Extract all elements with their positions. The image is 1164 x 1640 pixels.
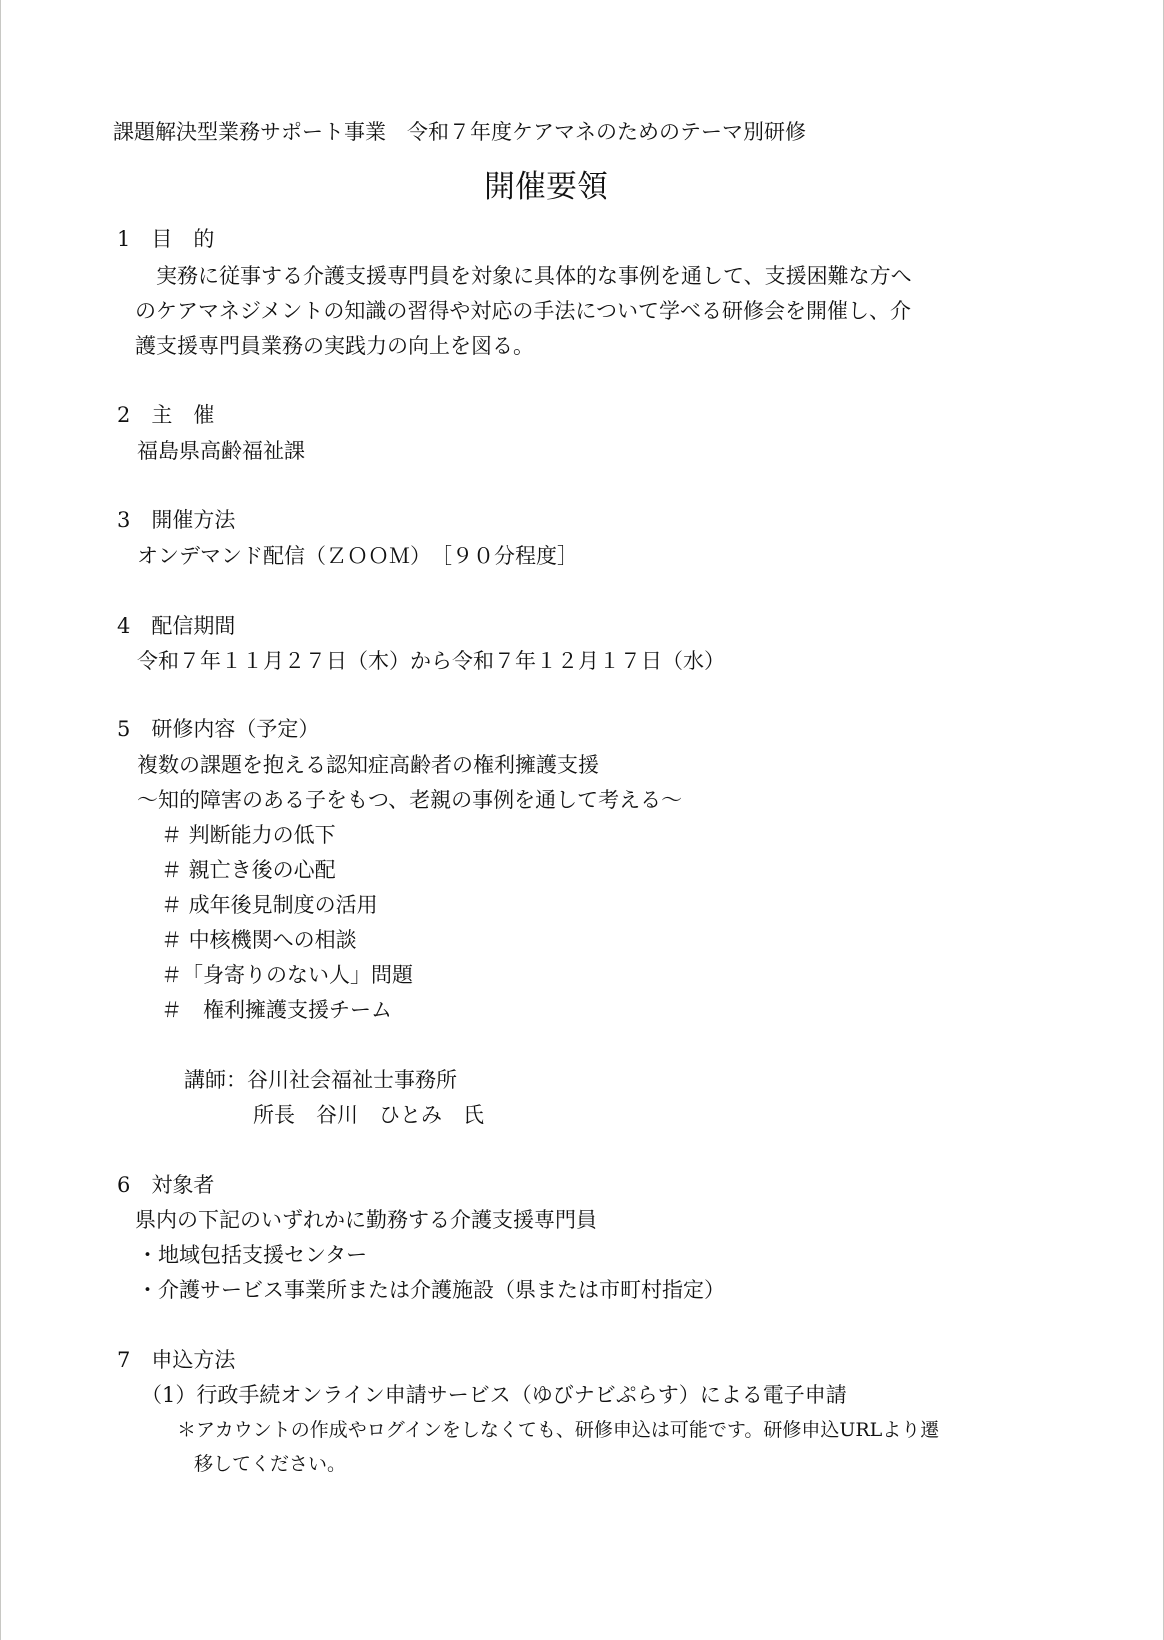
- document-page: 課題解決型業務サポート事業 令和７年度ケアマネのためのテーマ別研修 開催要領 1…: [0, 0, 1164, 1640]
- section-heading-application: 7 申込方法: [117, 1350, 235, 1371]
- topic-item: ＃ 権利擁護支援チーム: [161, 1000, 392, 1021]
- topic-item: ＃ 親亡き後の心配: [161, 860, 336, 881]
- period-text: 令和７年１１月２７日（木）から令和７年１２月１７日（水）: [137, 651, 725, 672]
- content-subtheme: ～知的障害のある子をもつ、老親の事例を通して考える～: [137, 790, 682, 811]
- target-text: 県内の下記のいずれかに勤務する介護支援専門員: [135, 1210, 597, 1231]
- section-heading-purpose: 1 目 的: [117, 229, 214, 250]
- topic-item: ＃ 中核機関への相談: [161, 930, 357, 951]
- content-theme: 複数の課題を抱える認知症高齢者の権利擁護支援: [137, 755, 599, 776]
- section-heading-period: 4 配信期間: [117, 616, 235, 637]
- target-item: ・介護サービス事業所または介護施設（県または市町村指定）: [137, 1280, 725, 1301]
- section-heading-method: 3 開催方法: [117, 510, 235, 531]
- application-note-line-1: ＊アカウントの作成やログインをしなくても、研修申込は可能です。研修申込URLより…: [177, 1421, 939, 1440]
- section-heading-target: 6 対象者: [117, 1175, 214, 1196]
- purpose-text-line-1: 実務に従事する介護支援専門員を対象に具体的な事例を通して、支援困難な方へ: [135, 266, 912, 287]
- target-item: ・地域包括支援センター: [137, 1245, 367, 1266]
- document-title: 開催要領: [484, 172, 608, 203]
- organizer-text: 福島県高齢福祉課: [137, 441, 305, 462]
- lecturer-affiliation: 講師：谷川社会福祉士事務所: [184, 1070, 457, 1091]
- lecturer-name: 所長 谷川 ひとみ 氏: [253, 1105, 484, 1126]
- topic-item: ＃ 成年後見制度の活用: [161, 895, 378, 916]
- topic-item: ＃「身寄りのない人」問題: [161, 965, 413, 986]
- section-heading-organizer: 2 主 催: [117, 405, 214, 426]
- document-subtitle: 課題解決型業務サポート事業 令和７年度ケアマネのためのテーマ別研修: [113, 122, 806, 143]
- topic-item: ＃ 判断能力の低下: [161, 825, 336, 846]
- method-text: オンデマンド配信（ＺＯＯＭ） ［９０分程度］: [137, 546, 578, 567]
- application-note-line-2: 移してください。: [194, 1455, 346, 1474]
- purpose-text-line-2: のケアマネジメントの知識の習得や対応の手法について学べる研修会を開催し、介: [135, 301, 911, 322]
- application-method-1: （1）行政手続オンライン申請サービス（ゆびナビぷらす）による電子申請: [141, 1385, 847, 1406]
- section-heading-content: 5 研修内容（予定）: [117, 719, 319, 740]
- purpose-text-line-3: 護支援専門員業務の実践力の向上を図る。: [135, 336, 534, 357]
